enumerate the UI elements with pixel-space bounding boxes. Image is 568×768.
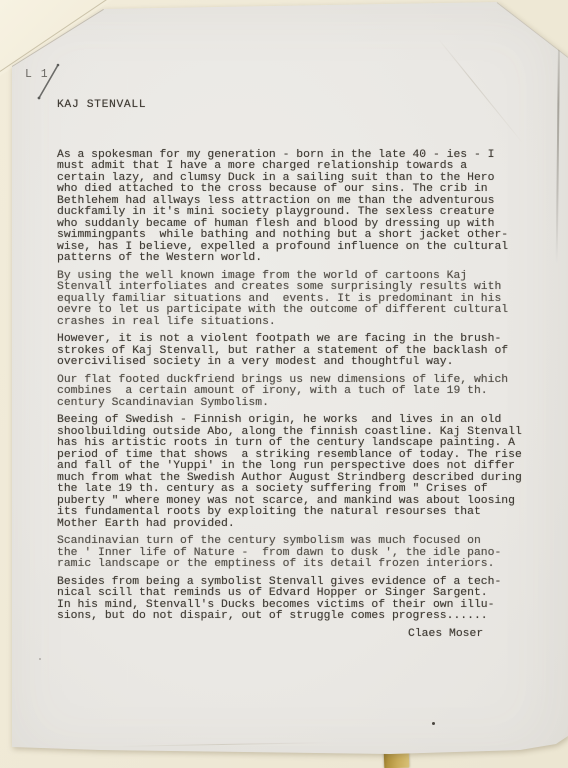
paragraph: Besides from being a symbolist Stenvall …: [57, 577, 527, 623]
paragraph: However, it is not a violent footpath we…: [57, 334, 527, 369]
document-heading: KAJ STENVALL: [57, 100, 527, 112]
signature: Claes Moser: [57, 629, 527, 641]
paragraph: Our flat footed duckfriend brings us new…: [57, 375, 527, 410]
paragraph: By using the well known image from the w…: [57, 271, 527, 329]
paper-speck: [39, 658, 41, 660]
scanned-document: L 1 KAJ STENVALL As a spokesman for my g…: [0, 0, 568, 768]
page-crease: [118, 742, 328, 747]
page-edge-shadow: [556, 18, 561, 263]
document-page: L 1 KAJ STENVALL As a spokesman for my g…: [0, 0, 568, 768]
typewritten-text-column: KAJ STENVALL As a spokesman for my gener…: [57, 100, 527, 640]
document-page-wrap: L 1 KAJ STENVALL As a spokesman for my g…: [0, 0, 568, 768]
paragraph: Beeing of Swedish - Finnish origin, he w…: [57, 415, 527, 530]
paragraph: As a spokesman for my generation - born …: [57, 150, 527, 265]
strikethrough-pen-mark: [33, 59, 65, 103]
paper-speck: [432, 722, 435, 725]
paragraph: Scandinavian turn of the century symboli…: [57, 536, 527, 571]
